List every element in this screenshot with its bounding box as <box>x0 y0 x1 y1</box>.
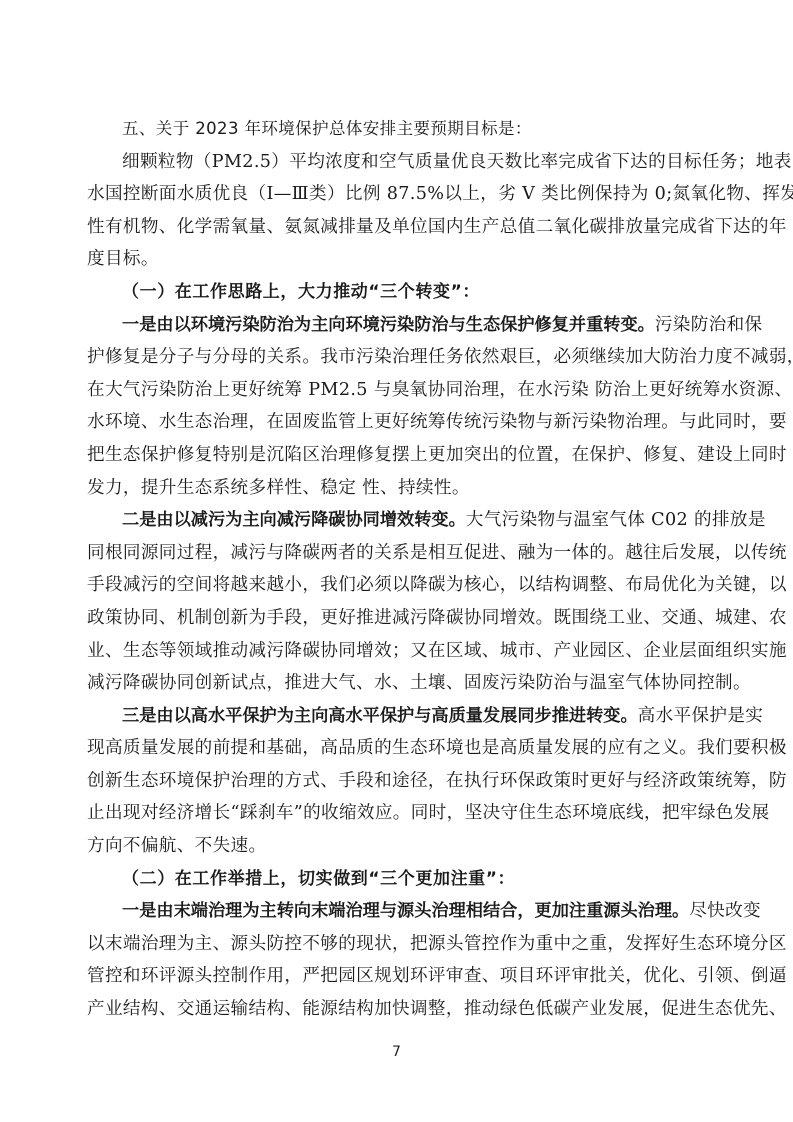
paragraph-line: 在大气污染防治上更好统筹 PM2.5 与臭氧协同治理，在水污染 防治上更好统筹水… <box>87 374 707 407</box>
document-page: 五、关于 2023 年环境保护总体安排主要预期目标是： 细颗粒物（PM2.5）平… <box>87 113 707 1026</box>
paragraph-first-line: 二是由以减污为主向减污降碳协同增效转变。大气污染物与温室气体 C02 的排放是 <box>87 504 707 537</box>
paragraph-text: 高水平保护是实 <box>638 706 764 726</box>
goals-line: 性有机物、化学需氧量、氨氮减排量及单位国内生产总值二氧化碳排放量完成省下达的年 <box>87 211 707 244</box>
subsection-2-heading: （二）在工作举措上，切实做到“三个更加注重”： <box>87 863 707 896</box>
paragraph-line: 同根同源同过程，减污与降碳两者的关系是相互促进、融为一体的。越往后发展，以传统 <box>87 537 707 570</box>
subsection-1-heading: （一）在工作思路上，大力推动“三个转变”： <box>87 276 707 309</box>
paragraph-text: 大气污染物与温室气体 C02 的排放是 <box>466 510 766 530</box>
paragraph-line: 减污降碳协同创新试点，推进大气、水、土壤、固废污染防治与温室气体协同控制。 <box>87 667 707 700</box>
paragraph-line: 业、生态等领域推动减污降碳协同增效；又在区域、城市、产业园区、企业层面组织实施 <box>87 635 707 668</box>
paragraph-line: 管控和环评源头控制作用，严把园区规划环评审查、项目环评审批关，优化、引领、倒逼 <box>87 960 707 993</box>
paragraph-line: 水环境、水生态治理，在固废监管上更好统筹传统污染物与新污染物治理。与此同时，要 <box>87 406 707 439</box>
paragraph-line: 以末端治理为主、源头防控不够的现状，把源头管控作为重中之重，发挥好生态环境分区 <box>87 928 707 961</box>
paragraph-text: 污染防治和保 <box>655 315 763 335</box>
paragraph-first-line: 三是由以高水平保护为主向高水平保护与高质量发展同步推进转变。高水平保护是实 <box>87 700 707 733</box>
paragraph-lead: 三是由以高水平保护为主向高水平保护与高质量发展同步推进转变。 <box>122 706 638 726</box>
goals-line: 度目标。 <box>87 243 707 276</box>
paragraph-line: 把生态保护修复特别是沉陷区治理修复摆上更加突出的位置，在保护、修复、建设上同时 <box>87 439 707 472</box>
paragraph-line: 产业结构、交通运输结构、能源结构加快调整，推动绿色低碳产业发展，促进生态优先、 <box>87 993 707 1026</box>
paragraph-text: 尽快改变 <box>689 901 761 921</box>
paragraph-line: 护修复是分子与分母的关系。我市污染治理任务依然艰巨，必须继续加大防治力度不减弱， <box>87 341 707 374</box>
goals-line: 细颗粒物（PM2.5）平均浓度和空气质量优良天数比率完成省下达的目标任务；地表 <box>87 146 707 179</box>
paragraph-lead: 二是由以减污为主向减污降碳协同增效转变。 <box>122 510 466 530</box>
paragraph-line: 现高质量发展的前提和基础，高品质的生态环境也是高质量发展的应有之义。我们要积极 <box>87 732 707 765</box>
goals-line: 水国控断面水质优良（I—Ⅲ类）比例 87.5%以上，劣 V 类比例保持为 0;氮… <box>87 178 707 211</box>
paragraph-first-line: 一是由末端治理为主转向末端治理与源头治理相结合，更加注重源头治理。尽快改变 <box>87 895 707 928</box>
page-number: 7 <box>0 1044 793 1060</box>
paragraph-line: 发力，提升生态系统多样性、稳定 性、持续性。 <box>87 472 707 505</box>
paragraph-line: 政策协同、机制创新为手段，更好推进减污降碳协同增效。既围绕工业、交通、城建、农 <box>87 602 707 635</box>
paragraph-lead: 一是由末端治理为主转向末端治理与源头治理相结合，更加注重源头治理。 <box>122 901 689 921</box>
paragraph-line: 手段减污的空间将越来越小，我们必须以降碳为核心，以结构调整、布局优化为关键，以 <box>87 569 707 602</box>
paragraph-lead: 一是由以环境污染防治为主向环境污染防治与生态保护修复并重转变。 <box>122 315 655 335</box>
paragraph-line: 止出现对经济增长“踩刹车”的收缩效应。同时，坚决守住生态环境底线，把牢绿色发展 <box>87 797 707 830</box>
paragraph-first-line: 一是由以环境污染防治为主向环境污染防治与生态保护修复并重转变。污染防治和保 <box>87 309 707 342</box>
paragraph-line: 方向不偏航、不失速。 <box>87 830 707 863</box>
paragraph-line: 创新生态环境保护治理的方式、手段和途径，在执行环保政策时更好与经济政策统筹，防 <box>87 765 707 798</box>
section-heading: 五、关于 2023 年环境保护总体安排主要预期目标是： <box>87 113 707 146</box>
